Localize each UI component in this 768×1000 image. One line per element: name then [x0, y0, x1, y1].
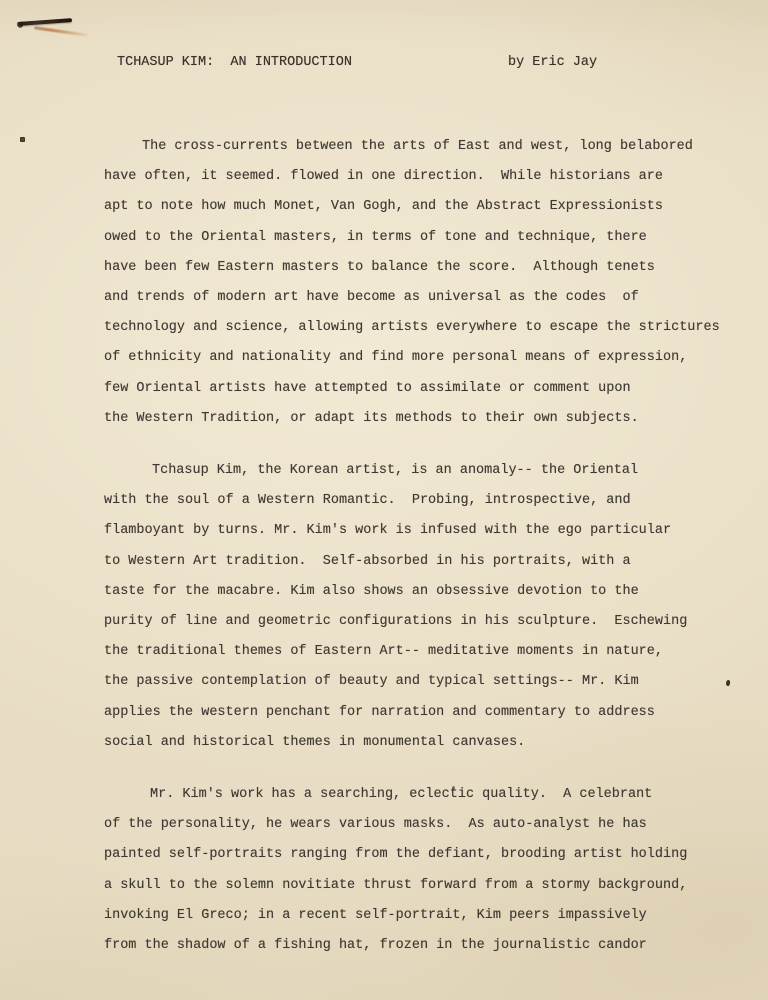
text-line: of ethnicity and nationality and find mo…: [104, 343, 754, 373]
text-line: Mr. Kim's work has a searching, eclectic…: [104, 780, 754, 810]
text-line: invoking El Greco; in a recent self-port…: [104, 901, 754, 931]
typewritten-page: TCHASUP KIM: AN INTRODUCTION by Eric Jay…: [0, 0, 768, 1000]
text-line: have often, it seemed. flowed in one dir…: [104, 162, 754, 192]
text-line: social and historical themes in monument…: [104, 728, 754, 758]
text-line: few Oriental artists have attempted to a…: [104, 374, 754, 404]
text-line: the Western Tradition, or adapt its meth…: [104, 404, 754, 434]
document-byline: by Eric Jay: [508, 54, 597, 71]
text-line: taste for the macabre. Kim also shows an…: [104, 577, 754, 607]
text-line: and trends of modern art have become as …: [104, 283, 754, 313]
rust-smudge-icon: [34, 26, 88, 36]
text-line: The cross-currents between the arts of E…: [104, 132, 754, 162]
paragraph: Mr. Kim's work has a searching, eclectic…: [104, 780, 754, 961]
text-line: flamboyant by turns. Mr. Kim's work is i…: [104, 516, 754, 546]
text-line: have been few Eastern masters to balance…: [104, 253, 754, 283]
text-line: with the soul of a Western Romantic. Pro…: [104, 486, 754, 516]
text-line: applies the western penchant for narrati…: [104, 698, 754, 728]
paper-speck: [20, 137, 25, 142]
text-line: purity of line and geometric configurati…: [104, 607, 754, 637]
paragraph: Tchasup Kim, the Korean artist, is an an…: [104, 456, 754, 758]
document-title: TCHASUP KIM: AN INTRODUCTION: [117, 54, 352, 71]
text-line: technology and science, allowing artists…: [104, 313, 754, 343]
staple-mark: [19, 18, 72, 25]
text-line: painted self-portraits ranging from the …: [104, 840, 754, 870]
document-body: The cross-currents between the arts of E…: [104, 132, 754, 961]
text-line: a skull to the solemn novitiate thrust f…: [104, 871, 754, 901]
text-line: to Western Art tradition. Self-absorbed …: [104, 547, 754, 577]
text-line: the passive contemplation of beauty and …: [104, 667, 754, 697]
text-line: Tchasup Kim, the Korean artist, is an an…: [104, 456, 754, 486]
text-line: of the personality, he wears various mas…: [104, 810, 754, 840]
text-line: from the shadow of a fishing hat, frozen…: [104, 931, 754, 961]
paragraph: The cross-currents between the arts of E…: [104, 132, 754, 434]
text-line: apt to note how much Monet, Van Gogh, an…: [104, 192, 754, 222]
text-line: owed to the Oriental masters, in terms o…: [104, 223, 754, 253]
text-line: the traditional themes of Eastern Art-- …: [104, 637, 754, 667]
